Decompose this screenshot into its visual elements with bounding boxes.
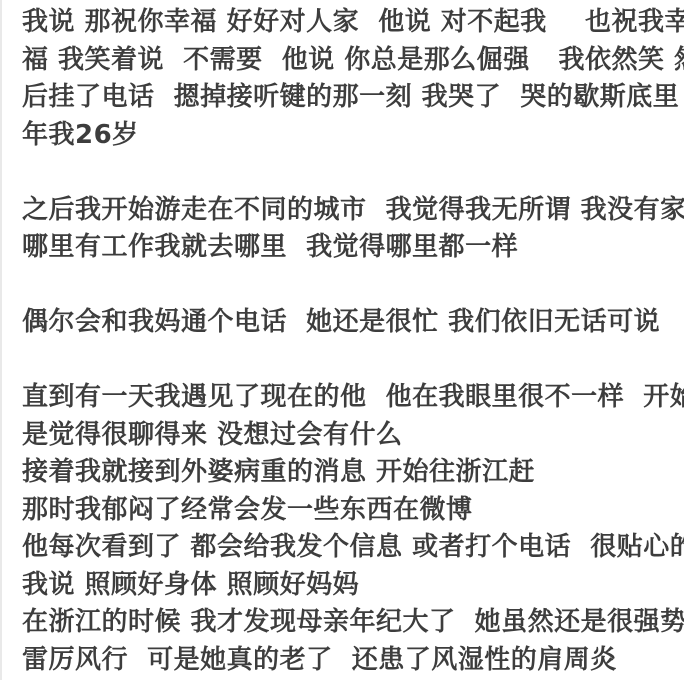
text-line: 我说 那祝你幸福 好好对人家 他说 对不起我 也祝我幸 xyxy=(22,4,670,42)
paragraph-spacer xyxy=(22,154,670,192)
text-line: 年我26岁 xyxy=(22,117,670,155)
text-line: 哪里有工作我就去哪里 我觉得哪里都一样 xyxy=(22,229,670,267)
paragraph-spacer xyxy=(22,342,670,380)
paragraph-spacer xyxy=(22,267,670,305)
text-line: 直到有一天我遇见了现在的他 他在我眼里很不一样 开始只 xyxy=(22,379,670,417)
text-line: 雷厉风行 可是她真的老了 还患了风湿性的肩周炎 xyxy=(22,642,670,680)
text-line: 偶尔会和我妈通个电话 她还是很忙 我们依旧无话可说 xyxy=(22,304,670,342)
text-line: 那时我郁闷了经常会发一些东西在微博 xyxy=(22,492,670,530)
text-document-page: 我说 那祝你幸福 好好对人家 他说 对不起我 也祝我幸福 我笑着说 不需要 他说… xyxy=(0,0,684,680)
text-line: 在浙江的时候 我才发现母亲年纪大了 她虽然还是很强势 很 xyxy=(22,604,670,642)
text-line: 我说 照顾好身体 照顾好妈妈 xyxy=(22,567,670,605)
story-text-body: 我说 那祝你幸福 好好对人家 他说 对不起我 也祝我幸福 我笑着说 不需要 他说… xyxy=(22,4,670,679)
text-line: 后挂了电话 摁掉接听键的那一刻 我哭了 哭的歇斯底里 那 xyxy=(22,79,670,117)
text-line: 福 我笑着说 不需要 他说 你总是那么倔强 我依然笑 然 xyxy=(22,42,670,80)
text-line: 之后我开始游走在不同的城市 我觉得我无所谓 我没有家 xyxy=(22,192,670,230)
text-line: 接着我就接到外婆病重的消息 开始往浙江赶 xyxy=(22,454,670,492)
text-line: 是觉得很聊得来 没想过会有什么 xyxy=(22,417,670,455)
text-line: 他每次看到了 都会给我发个信息 或者打个电话 很贴心的对 xyxy=(22,529,670,567)
